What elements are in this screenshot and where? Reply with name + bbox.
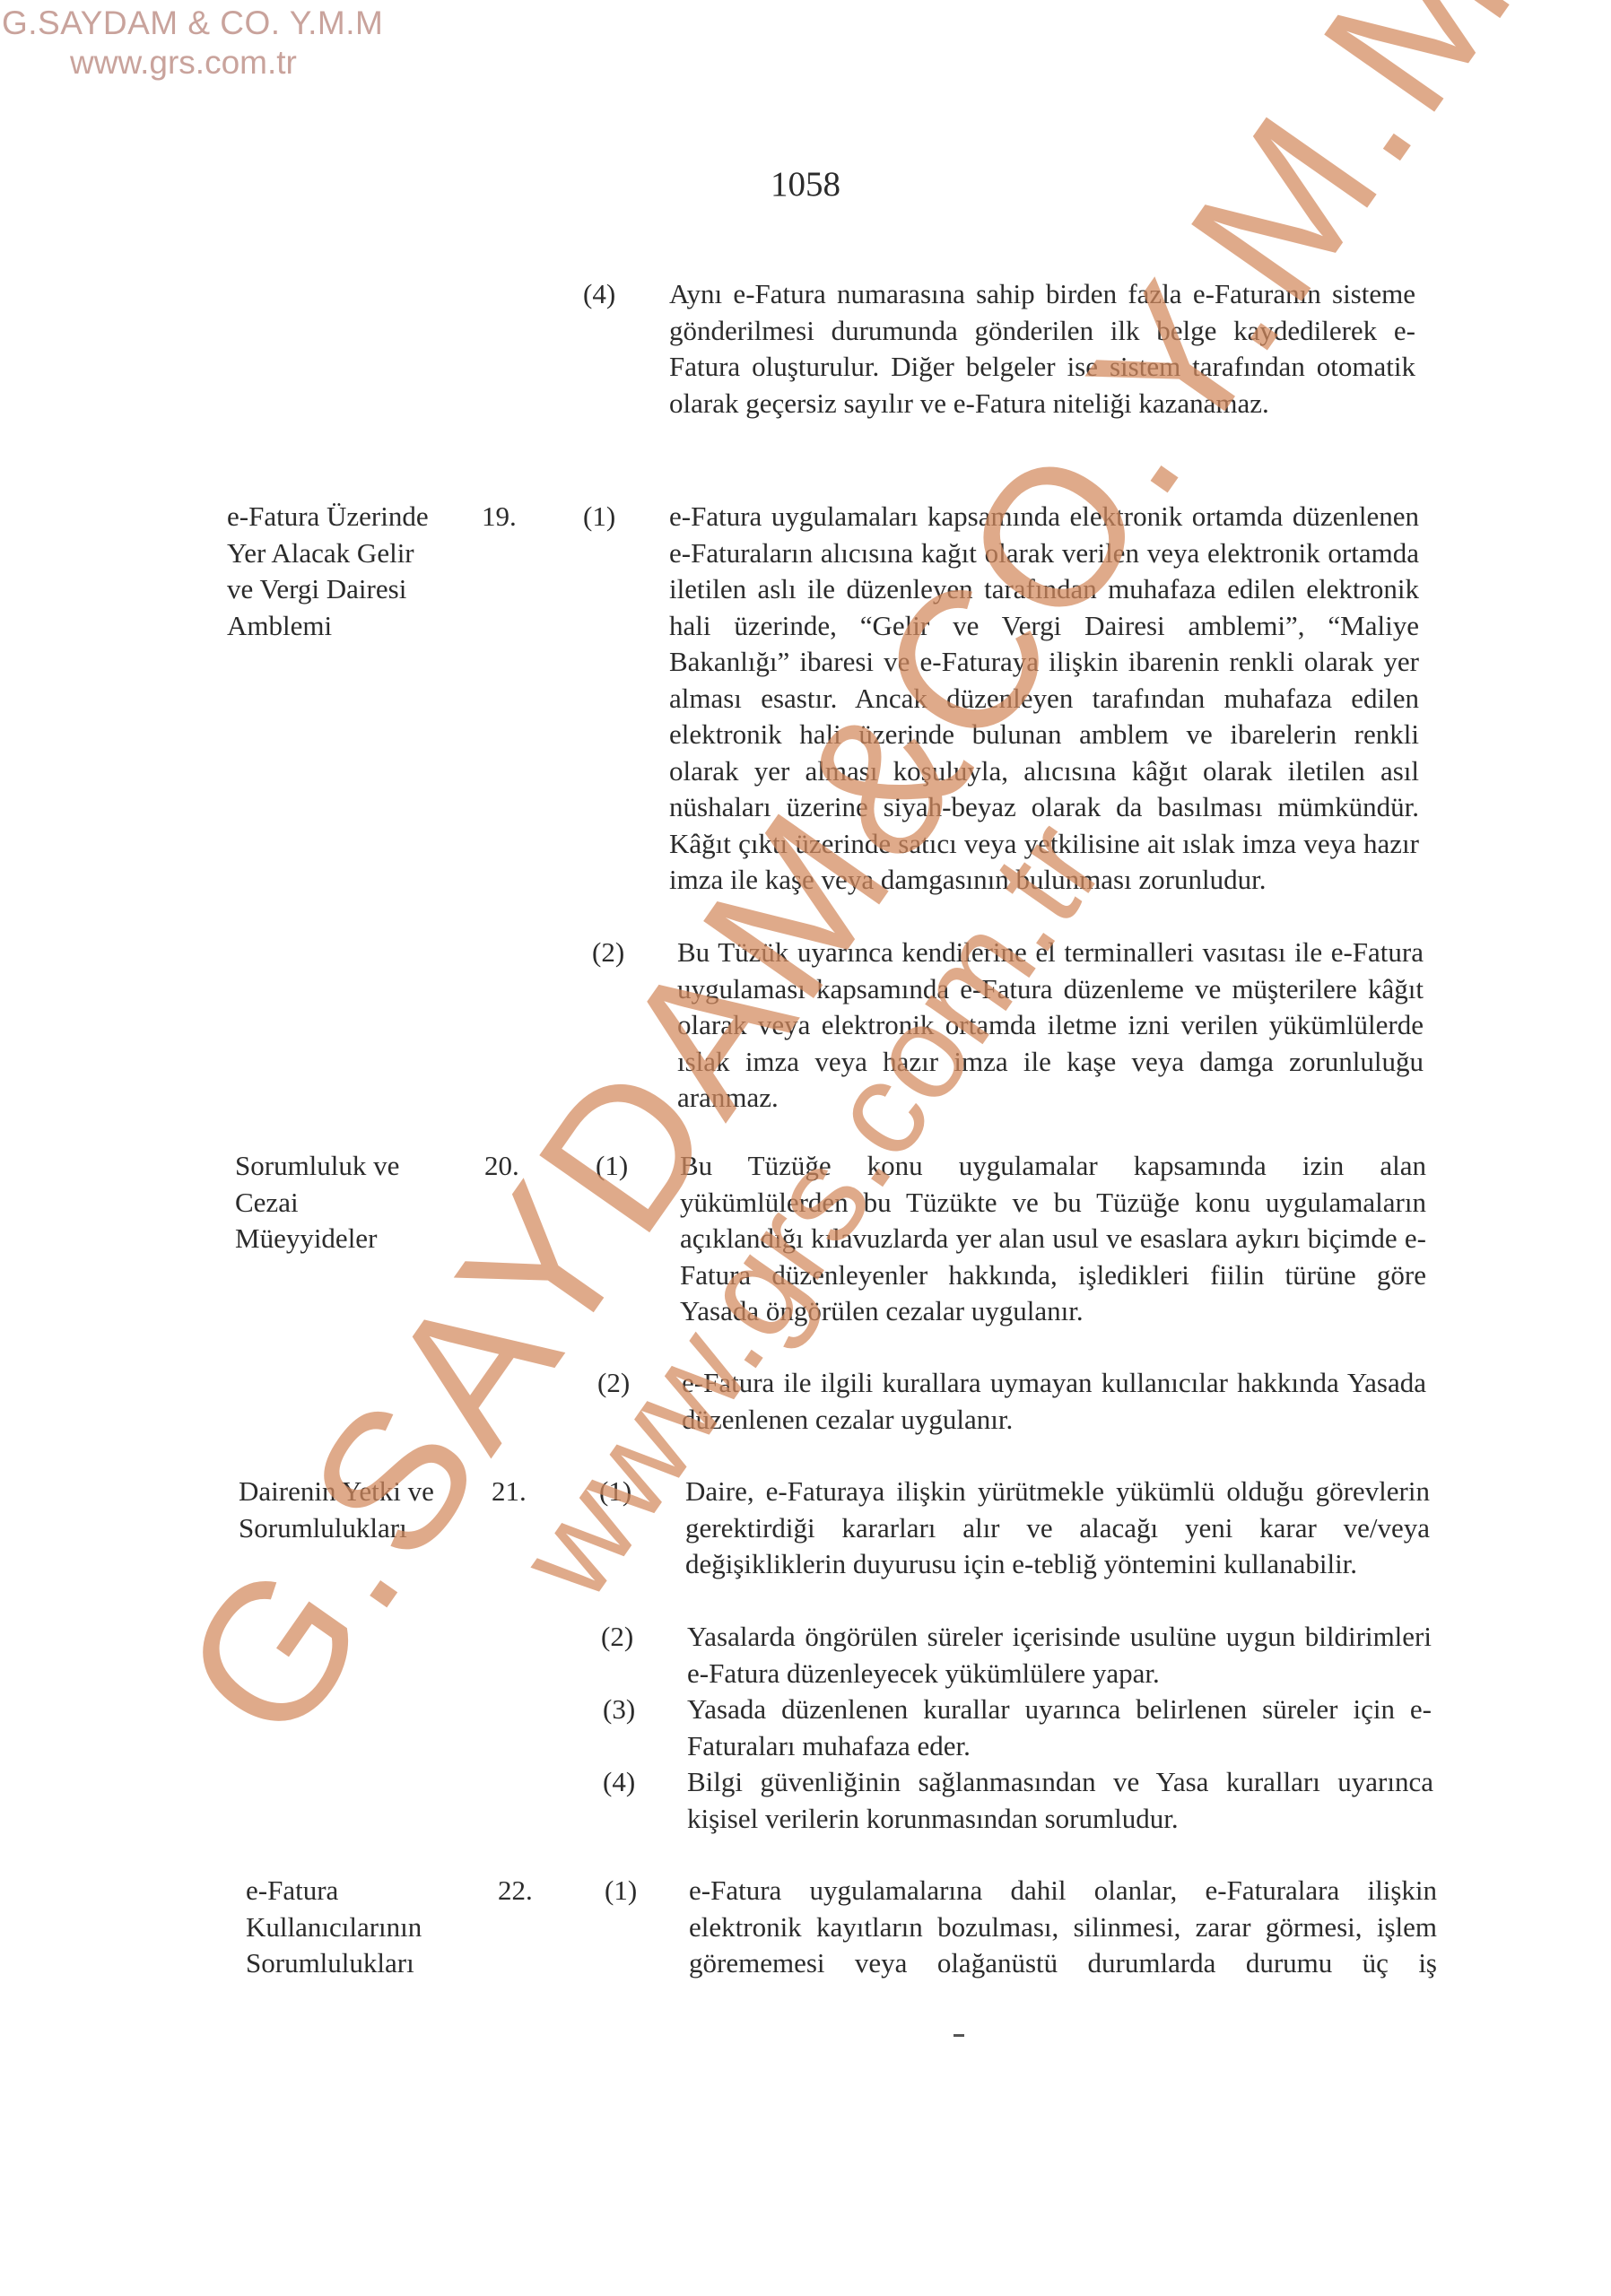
article-number: 20. — [484, 1148, 519, 1185]
article-number: 21. — [492, 1474, 527, 1510]
article-title: Dairenin Yetki ve Sorumlulukları — [239, 1474, 485, 1546]
footer-mark — [954, 2034, 964, 2037]
paragraph-number: (1) — [596, 1148, 628, 1185]
header-stamp: G.SAYDAM & CO. Y.M.M www.grs.com.tr — [2, 4, 383, 83]
article-title: e-Fatura Üzerinde Yer Alacak Gelir ve Ve… — [227, 499, 447, 644]
paragraph-text: e-Fatura uygulamalarına dahil olanlar, e… — [689, 1873, 1437, 1982]
paragraph-number: (1) — [583, 499, 615, 535]
paragraph-number: (4) — [583, 276, 615, 313]
paragraph-number: (4) — [603, 1764, 635, 1801]
paragraph-text: e-Fatura uygulamaları kapsamında elektro… — [669, 499, 1419, 899]
page-number: 1058 — [0, 164, 1611, 204]
paragraph-text: Bu Tüzüğe konu uygulamalar kapsamında iz… — [680, 1148, 1426, 1330]
paragraph-text: Daire, e-Faturaya ilişkin yürütmekle yük… — [685, 1474, 1430, 1583]
article-number: 22. — [498, 1873, 533, 1909]
paragraph-text: Yasalarda öngörülen süreler içerisinde u… — [687, 1619, 1432, 1692]
article-number: 19. — [482, 499, 517, 535]
firm-name: G.SAYDAM & CO. Y.M.M — [2, 4, 383, 43]
paragraph-text: e-Fatura ile ilgili kurallara uymayan ku… — [682, 1365, 1426, 1438]
paragraph-number: (2) — [601, 1619, 633, 1656]
paragraph-number: (2) — [592, 935, 624, 971]
firm-url: www.grs.com.tr — [2, 43, 383, 83]
paragraph-text: Bilgi güvenliğinin sağlanmasından ve Yas… — [687, 1764, 1433, 1837]
paragraph-number: (1) — [599, 1474, 631, 1510]
paragraph-text: Yasada düzenlenen kurallar uyarınca beli… — [687, 1692, 1432, 1764]
paragraph-number: (3) — [603, 1692, 635, 1728]
article-title: e-Fatura Kullanıcılarının Sorumlulukları — [246, 1873, 443, 1982]
paragraph-text: Bu Tüzük uyarınca kendilerine el termina… — [677, 935, 1424, 1117]
paragraph-number: (1) — [605, 1873, 637, 1909]
article-title: Sorumluluk ve Cezai Müeyyideler — [235, 1148, 441, 1257]
paragraph-number: (2) — [597, 1365, 630, 1402]
paragraph-text: Aynı e-Fatura numarasına sahip birden fa… — [669, 276, 1415, 422]
